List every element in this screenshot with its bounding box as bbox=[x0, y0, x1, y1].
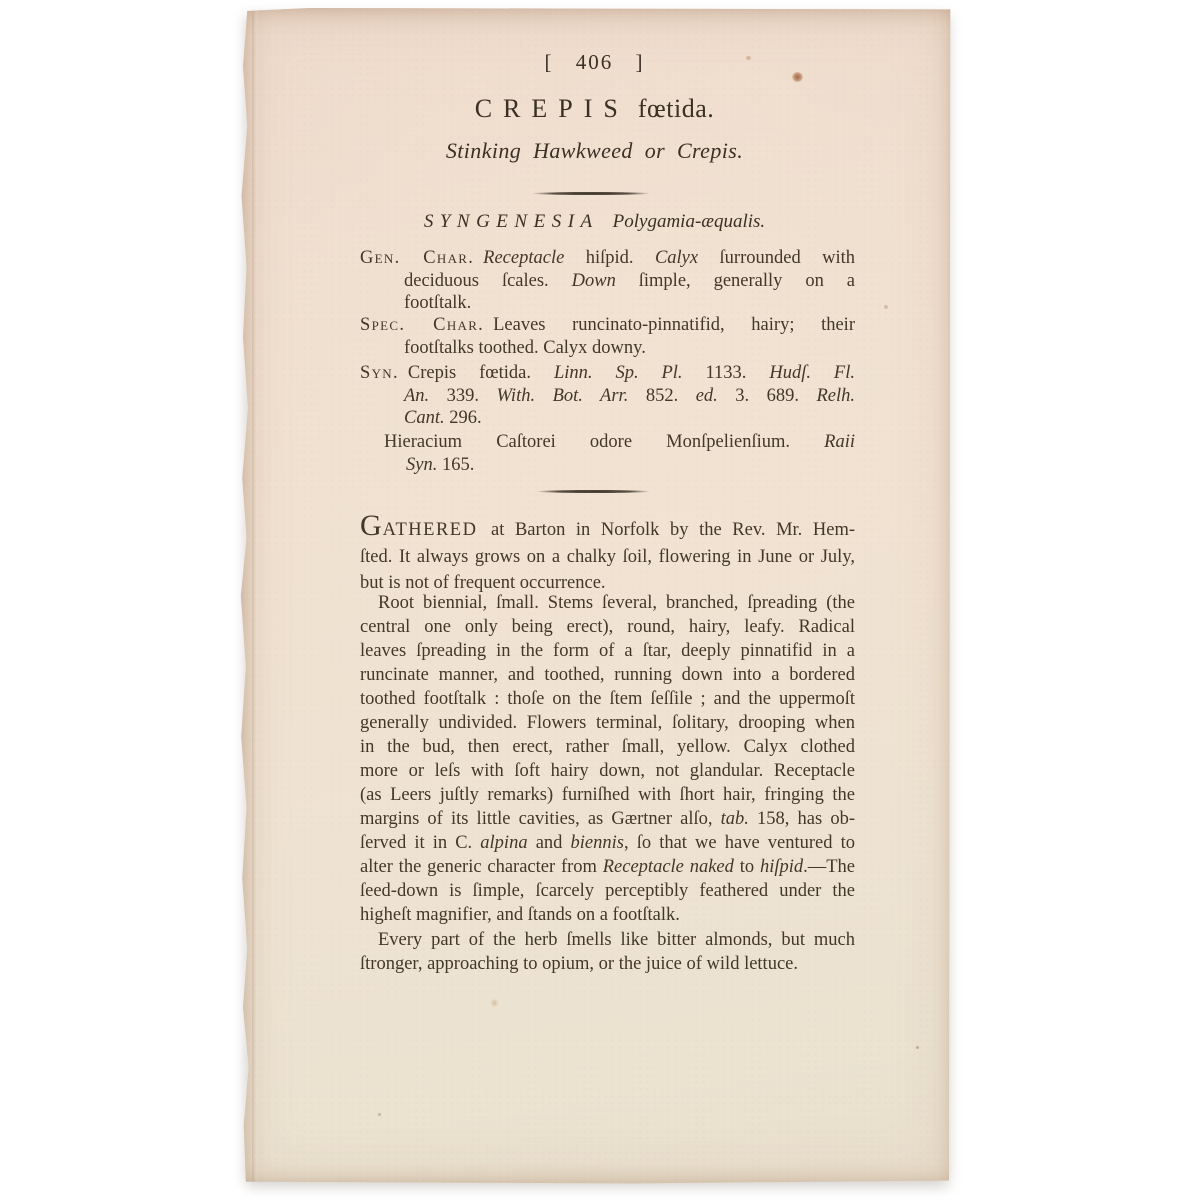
text-segment: alter the generic character from bbox=[360, 857, 603, 877]
text-segment: (as Leers juſtly remarks) furniſhed with… bbox=[360, 785, 855, 805]
text-line: footſtalk. bbox=[360, 292, 855, 315]
text-segment: Crepis fœtida. bbox=[408, 363, 554, 383]
text-segment: Receptacle naked bbox=[603, 857, 734, 877]
text-segment: in the bud, then erect, rather ſmall, ye… bbox=[360, 737, 855, 757]
text-line: footſtalks toothed. Calyx downy. bbox=[360, 337, 855, 360]
text-segment: hiſpid bbox=[760, 857, 803, 877]
text-line: in the bud, then erect, rather ſmall, ye… bbox=[360, 735, 855, 759]
text-line: more or leſs with ſoft hairy down, not g… bbox=[360, 759, 855, 783]
text-segment: central one only being erect), round, ha… bbox=[360, 617, 855, 637]
text-segment: .—The bbox=[803, 857, 855, 877]
text-segment: footſtalks toothed. Calyx downy. bbox=[404, 338, 646, 358]
text-segment: ſtronger, approaching to opium, or the j… bbox=[360, 954, 798, 974]
text-segment: hiſpid. bbox=[564, 248, 655, 268]
common-name: Stinking Hawkweed or Crepis. bbox=[347, 138, 842, 164]
text-segment: and bbox=[528, 833, 571, 853]
text-segment: 158, has ob- bbox=[749, 809, 855, 829]
paragraph-syn: Syn.Crepis fœtida. Linn. Sp. Pl. 1133. H… bbox=[360, 362, 855, 430]
text-line: generally undivided. Flowers terminal, ſ… bbox=[360, 711, 855, 735]
text-segment: ſerved it in C. bbox=[360, 833, 480, 853]
opening-word-caps: ATHERED bbox=[383, 520, 478, 540]
text-line: margins of its little cavities, as Gærtn… bbox=[360, 807, 855, 831]
text-line: central one only being erect), round, ha… bbox=[360, 615, 855, 639]
page-number: [ 406 ] bbox=[347, 50, 842, 75]
text-line: Cant. 296. bbox=[360, 407, 855, 430]
text-segment: 852. bbox=[628, 386, 695, 406]
text-segment: at Barton in Norfolk by the Rev. Mr. Hem… bbox=[480, 520, 855, 540]
text-line: Hieracium Caſtorei odore Monſpelienſium.… bbox=[360, 431, 855, 454]
text-segment: ſted. It always grows on a chalky ſoil, … bbox=[360, 547, 855, 567]
separator-rule bbox=[520, 490, 667, 493]
text-segment: ſeed-down is ſimple, ſcarcely perceptibl… bbox=[360, 881, 855, 901]
foxing-spot bbox=[884, 305, 888, 309]
linnaean-class: SYNGENESIA bbox=[424, 211, 599, 232]
page-content: [ 406 ] CREPISfœtida. Stinking Hawkweed … bbox=[360, 8, 855, 1184]
text-segment: footſtalk. bbox=[404, 293, 471, 313]
text-segment: runcinate manner, and toothed, running d… bbox=[360, 665, 855, 685]
text-segment: 1133. bbox=[683, 363, 770, 383]
text-segment: Hudſ. Fl. bbox=[769, 363, 855, 383]
text-line: (as Leers juſtly remarks) furniſhed with… bbox=[360, 783, 855, 807]
text-line: alter the generic character from Recepta… bbox=[360, 855, 855, 879]
text-line: Root biennial, ſmall. Stems ſeveral, bra… bbox=[360, 591, 855, 615]
text-line: Spec. Char.Leaves runcinato-pinnatifid, … bbox=[360, 314, 855, 337]
text-segment: generally undivided. Flowers terminal, ſ… bbox=[360, 713, 855, 733]
text-segment: Syn. bbox=[406, 455, 437, 475]
text-segment: biennis bbox=[571, 833, 624, 853]
text-segment: Leaves runcinato-pinnatifid, hairy; thei… bbox=[493, 315, 855, 335]
text-line: GATHERED at Barton in Norfolk by the Rev… bbox=[360, 513, 855, 544]
text-segment: more or leſs with ſoft hairy down, not g… bbox=[360, 761, 855, 781]
text-line: higheſt magnifier, and ſtands on a footſ… bbox=[360, 903, 855, 927]
text-segment: 165. bbox=[437, 455, 474, 475]
text-segment: Raii bbox=[824, 432, 855, 452]
text-line: Gen. Char.Receptacle hiſpid. Calyx ſurro… bbox=[360, 247, 855, 270]
text-segment: Calyx bbox=[655, 248, 698, 268]
text-segment: to bbox=[734, 857, 760, 877]
text-line: ſerved it in C. alpina and biennis, ſo t… bbox=[360, 831, 855, 855]
text-line: leaves ſpreading in the form of a ſtar, … bbox=[360, 639, 855, 663]
text-segment: Root biennial, ſmall. Stems ſeveral, bra… bbox=[378, 593, 855, 613]
text-line: ſtronger, approaching to opium, or the j… bbox=[360, 952, 855, 976]
text-segment: Linn. Sp. Pl. bbox=[554, 363, 683, 383]
paragraph-specchar: Spec. Char.Leaves runcinato-pinnatifid, … bbox=[360, 314, 855, 359]
text-segment: tab. bbox=[721, 809, 749, 829]
text-line: runcinate manner, and toothed, running d… bbox=[360, 663, 855, 687]
text-segment: Every part of the herb ſmells like bitte… bbox=[378, 930, 855, 950]
text-segment: alpina bbox=[480, 833, 527, 853]
genus-name: CREPIS bbox=[475, 94, 629, 123]
text-segment: margins of its little cavities, as Gærtn… bbox=[360, 809, 721, 829]
text-segment: 3. 689. bbox=[718, 386, 817, 406]
text-segment: An. bbox=[404, 386, 429, 406]
page-title: CREPISfœtida. bbox=[347, 94, 842, 124]
text-segment: toothed footſtalk : thoſe on the ſtem ſe… bbox=[360, 689, 855, 709]
entry-label: Gen. Char. bbox=[360, 248, 474, 268]
paragraph-genchar: Gen. Char.Receptacle hiſpid. Calyx ſurro… bbox=[360, 247, 855, 315]
text-segment: but is not of frequent occurrence. bbox=[360, 573, 606, 593]
text-segment: ſimple, generally on a bbox=[616, 271, 855, 291]
text-segment: Down bbox=[572, 271, 616, 291]
text-segment: deciduous ſcales. bbox=[404, 271, 572, 291]
paragraph-hieracium: Hieracium Caſtorei odore Monſpelienſium.… bbox=[360, 431, 855, 476]
text-line: ſeed-down is ſimple, ſcarcely perceptibl… bbox=[360, 879, 855, 903]
text-segment: Hieracium Caſtorei odore Monſpelienſium. bbox=[384, 432, 824, 452]
paragraph-aroma: Every part of the herb ſmells like bitte… bbox=[360, 928, 855, 976]
text-segment: , ſo that we have ventured to bbox=[624, 833, 855, 853]
entry-label: Syn. bbox=[360, 363, 399, 383]
linnaean-order: Polygamia-æqualis. bbox=[613, 211, 766, 232]
separator-rule bbox=[515, 192, 667, 195]
scanned-book-page: [ 406 ] CREPISfœtida. Stinking Hawkweed … bbox=[238, 8, 951, 1184]
large-initial-letter: G bbox=[360, 509, 383, 542]
paragraph-description: Root biennial, ſmall. Stems ſeveral, bra… bbox=[360, 591, 855, 927]
text-segment: leaves ſpreading in the form of a ſtar, … bbox=[360, 641, 855, 661]
entry-label: Spec. Char. bbox=[360, 315, 484, 335]
text-line: deciduous ſcales. Down ſimple, generally… bbox=[360, 270, 855, 293]
classification-line: SYNGENESIAPolygamia-æqualis. bbox=[347, 211, 842, 233]
text-segment: ed. bbox=[696, 386, 718, 406]
foxing-spot bbox=[916, 1046, 919, 1049]
text-segment: ſurrounded with bbox=[698, 248, 855, 268]
text-segment: Relh. bbox=[817, 386, 856, 406]
paragraph-gathered: GATHERED at Barton in Norfolk by the Rev… bbox=[360, 513, 855, 597]
text-line: Syn. 165. bbox=[360, 454, 855, 477]
text-line: An. 339. With. Bot. Arr. 852. ed. 3. 689… bbox=[360, 385, 855, 408]
text-segment: Receptacle bbox=[483, 248, 564, 268]
text-segment: 296. bbox=[445, 408, 482, 428]
text-segment: higheſt magnifier, and ſtands on a footſ… bbox=[360, 905, 680, 925]
text-line: ſted. It always grows on a chalky ſoil, … bbox=[360, 544, 855, 571]
species-epithet: fœtida. bbox=[638, 94, 714, 123]
text-line: Every part of the herb ſmells like bitte… bbox=[360, 928, 855, 952]
text-segment: With. Bot. Arr. bbox=[497, 386, 629, 406]
text-segment: Cant. bbox=[404, 408, 445, 428]
text-segment: 339. bbox=[429, 386, 496, 406]
binding-edge-crease bbox=[252, 8, 259, 1184]
text-line: toothed footſtalk : thoſe on the ſtem ſe… bbox=[360, 687, 855, 711]
text-line: Syn.Crepis fœtida. Linn. Sp. Pl. 1133. H… bbox=[360, 362, 855, 385]
